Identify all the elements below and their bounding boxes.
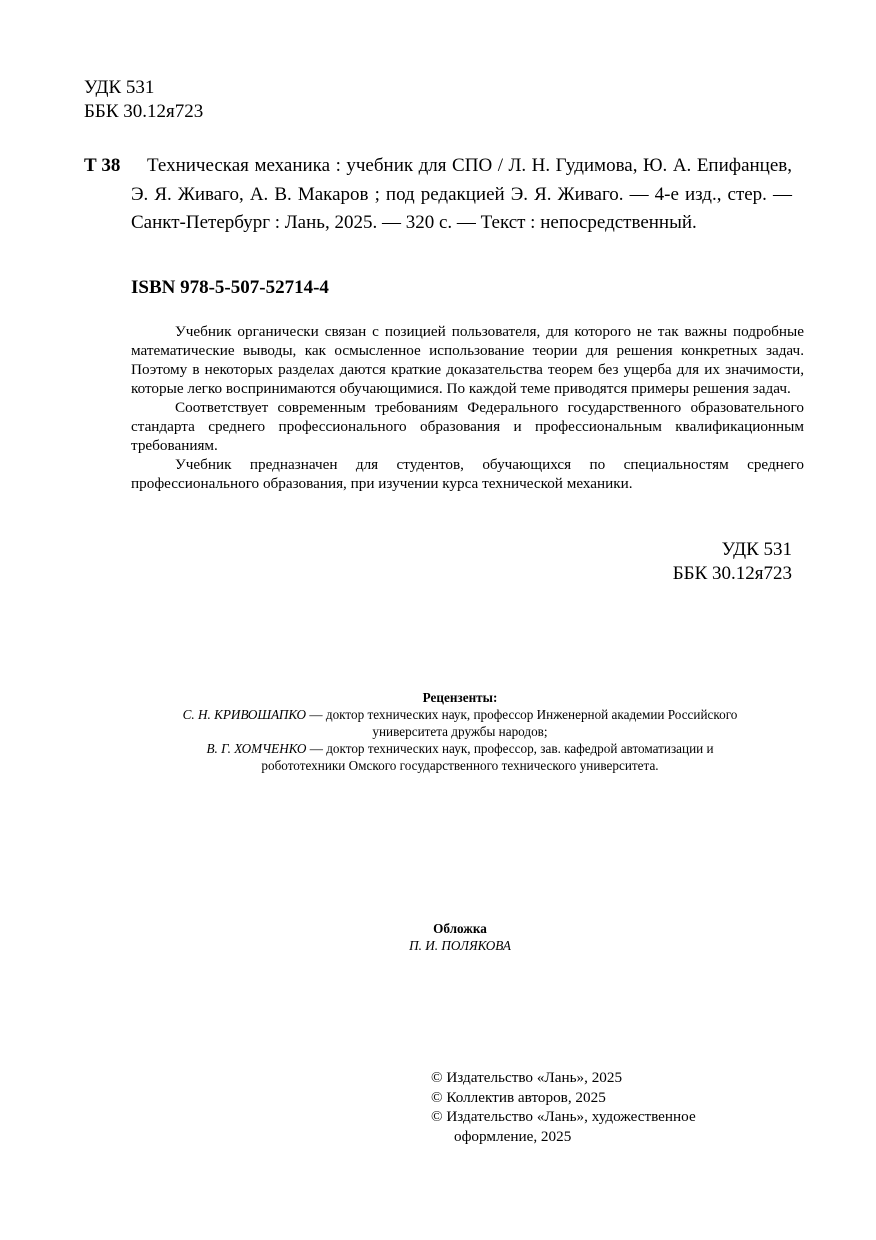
reviewer-description: — доктор технических наук, профессор Инж…: [306, 707, 737, 739]
reviewers-section: Рецензенты: С. Н. КРИВОШАПКО — доктор те…: [180, 689, 740, 774]
annotation-paragraph: Соответствует современным требованиям Фе…: [131, 398, 804, 455]
reviewer-description: — доктор технических наук, профессор, за…: [261, 741, 713, 773]
copyright-line: © Издательство «Лань», художественное оф…: [431, 1107, 696, 1146]
copyright-line: © Коллектив авторов, 2025: [431, 1088, 696, 1108]
annotation-paragraph: Учебник органически связан с позицией по…: [131, 322, 804, 398]
reviewer-entry: С. Н. КРИВОШАПКО — доктор технических на…: [180, 706, 740, 740]
copyright-line: © Издательство «Лань», 2025: [431, 1068, 696, 1088]
udk-code: УДК 531: [84, 76, 203, 100]
bibliographic-entry: Техническая механика : учебник для СПО /…: [84, 152, 792, 238]
annotation-paragraph: Учебник предназначен для студентов, обуч…: [131, 455, 804, 493]
reviewers-heading: Рецензенты:: [180, 689, 740, 706]
copyright-text: © Издательство «Лань», 2025: [431, 1069, 622, 1086]
bbk-code: ББК 30.12я723: [673, 562, 792, 586]
cover-credit: Обложка П. И. ПОЛЯКОВА: [330, 920, 590, 954]
classification-codes-right: УДК 531 ББК 30.12я723: [673, 538, 792, 586]
reviewer-entry: В. Г. ХОМЧЕНКО — доктор технических наук…: [180, 740, 740, 774]
reviewer-name: С. Н. КРИВОШАПКО: [183, 707, 306, 722]
author-mark: Т 38: [84, 152, 120, 181]
cover-designer: П. И. ПОЛЯКОВА: [330, 937, 590, 954]
classification-codes-top: УДК 531 ББК 30.12я723: [84, 76, 203, 124]
bibliographic-record: Т 38 Техническая механика : учебник для …: [84, 152, 792, 238]
reviewer-name: В. Г. ХОМЧЕНКО: [206, 741, 306, 756]
isbn: ISBN 978-5-507-52714-4: [131, 276, 329, 300]
copyright-text: © Коллектив авторов, 2025: [431, 1089, 606, 1106]
bbk-code: ББК 30.12я723: [84, 100, 203, 124]
udk-code: УДК 531: [673, 538, 792, 562]
cover-heading: Обложка: [330, 920, 590, 937]
copyright-continuation: оформление, 2025: [431, 1127, 696, 1147]
copyright-text: © Издательство «Лань», художественное: [431, 1108, 696, 1125]
annotation: Учебник органически связан с позицией по…: [131, 322, 804, 493]
copyright-block: © Издательство «Лань», 2025 © Коллектив …: [431, 1068, 696, 1146]
